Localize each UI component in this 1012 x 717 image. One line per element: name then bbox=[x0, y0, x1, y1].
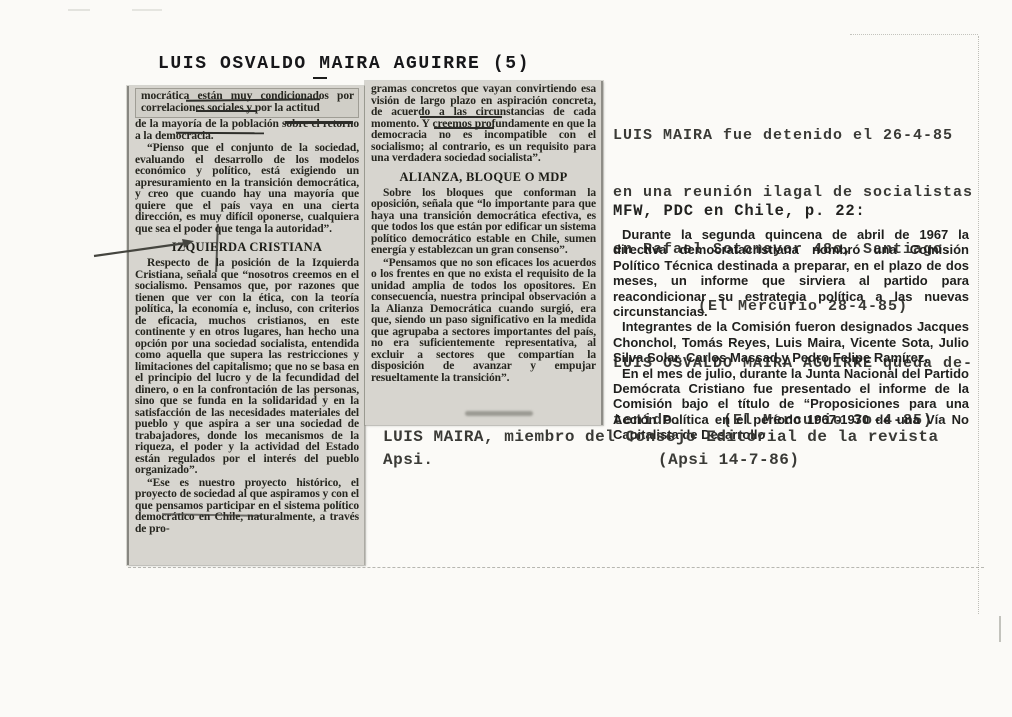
clipping-left-paragraph-3: Respecto de la posición de la Izquierda … bbox=[135, 258, 359, 477]
pen-strikethrough-mark bbox=[434, 127, 494, 129]
scan-edge-mark bbox=[999, 616, 1001, 642]
clipping-middle-paragraph-3: “Pensamos que no son eficaces los acuerd… bbox=[371, 258, 596, 385]
clipping-left-paragraph-4: “Ese es nuestro proyecto histórico, el p… bbox=[135, 478, 359, 536]
pen-underline-mark bbox=[285, 121, 353, 124]
mfw-excerpt-block: Durante la segunda quincena de abril de … bbox=[613, 227, 969, 443]
credit-source: (Apsi 14-7-86) bbox=[658, 451, 799, 469]
mfw-paragraph-1: Durante la segunda quincena de abril de … bbox=[613, 227, 969, 319]
newspaper-clipping-left: mocrática están muy condicionados por co… bbox=[127, 86, 365, 565]
pen-underline-mark bbox=[196, 110, 256, 112]
scan-fold-line-horizontal bbox=[128, 567, 984, 568]
clipping-middle-paragraph-1: gramas concretos que vayan convirtiendo … bbox=[371, 84, 596, 165]
newspaper-clipping-middle: gramas concretos que vayan convirtiendo … bbox=[365, 81, 603, 425]
ink-smudge-mark bbox=[465, 411, 533, 416]
pen-arrow-annotation bbox=[88, 234, 200, 262]
pen-strikethrough-mark bbox=[420, 116, 502, 118]
typed-note-line-2: en una reunión ilagal de socialistas bbox=[613, 183, 1012, 202]
clipping-middle-paragraph-2: Sobre los bloques que conforman la oposi… bbox=[371, 188, 596, 257]
scan-fold-line-top bbox=[850, 34, 978, 35]
scan-fold-line-vertical bbox=[978, 36, 979, 614]
clipping-left-torn-fragment: mocrática están muy condicionados por co… bbox=[135, 88, 359, 118]
clipping-left-paragraph-2: “Pienso que el conjunto de la sociedad, … bbox=[135, 143, 359, 235]
mfw-section-heading: MFW, PDC en Chile, p. 22: bbox=[613, 202, 866, 220]
title-underline-mark bbox=[313, 77, 327, 79]
mfw-paragraph-2: Integrantes de la Comisión fueron design… bbox=[613, 319, 969, 365]
clipping-heading-alianza-bloque-mdp: ALIANZA, BLOQUE O MDP bbox=[371, 171, 596, 184]
page-title: LUIS OSVALDO MAIRA AGUIRRE (5) bbox=[158, 54, 530, 74]
scan-speck bbox=[132, 9, 162, 11]
scan-speck bbox=[68, 9, 90, 11]
credit-line-1: LUIS MAIRA, miembro del Consejo Editoria… bbox=[383, 428, 939, 446]
typed-note-line-1: LUIS MAIRA fue detenido el 26-4-85 bbox=[613, 126, 1012, 145]
credit-line-2: Apsi. bbox=[383, 451, 434, 469]
